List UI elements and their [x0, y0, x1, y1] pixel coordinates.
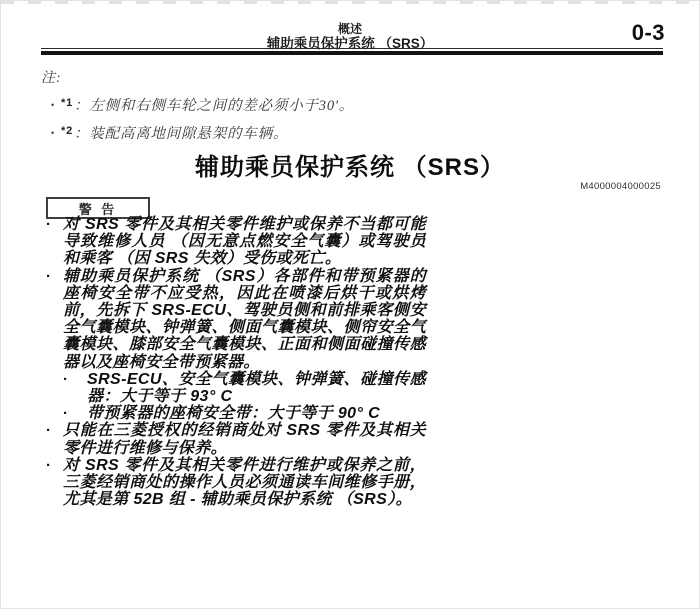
page-number: 0-3 — [632, 20, 665, 46]
note-ref: *2 — [61, 125, 73, 137]
manual-page: 概述 辅助乘员保护系统 （SRS） 0-3 注: • *1 ：左侧和右侧车轮之间… — [0, 0, 700, 609]
warning-text: 对 SRS 零件及其相关零件维护或保养不当都可能导致维修人员 （因无意点燃安全气… — [63, 216, 426, 268]
warning-text: 带预紧器的座椅安全带：大于等于 90° C — [87, 405, 426, 422]
warning-text: SRS-ECU、安全气囊模块、钟弹簧、碰撞传感器：大于等于 93° C — [87, 371, 426, 405]
bullet-icon: · — [46, 422, 63, 456]
note-text: ：左侧和右侧车轮之间的差必须小于30'。 — [74, 94, 354, 115]
bullet-icon: · — [63, 371, 87, 405]
warning-sub-bullet: · 带预紧器的座椅安全带：大于等于 90° C — [46, 405, 426, 422]
warning-bullet: · 辅助乘员保护系统 （SRS）各部件和带预紧器的座椅安全带不应受热，因此在喷漆… — [46, 268, 426, 371]
note-ref: *1 — [61, 97, 73, 109]
warning-bullet-list: · 对 SRS 零件及其相关零件维护或保养不当都可能导致维修人员 （因无意点燃安… — [46, 216, 426, 508]
scan-artifact-strip — [1, 1, 699, 4]
note-label: 注: — [41, 67, 659, 87]
warning-text: 对 SRS 零件及其相关零件进行维护或保养之前，三菱经销商处的操作人员必须通读车… — [63, 457, 426, 509]
bullet-icon: · — [46, 216, 63, 268]
warning-sub-bullet: · SRS-ECU、安全气囊模块、钟弹簧、碰撞传感器：大于等于 93° C — [46, 371, 426, 405]
header-rule-thin — [41, 48, 663, 49]
bullet-icon: · — [46, 457, 63, 509]
note-section: 注: • *1 ：左侧和右侧车轮之间的差必须小于30'。 • *2 ：装配高离地… — [41, 67, 659, 143]
header-section-title: 概述 — [1, 23, 699, 36]
note-item: • *2 ：装配高离地间隙悬架的车辆。 — [41, 122, 659, 143]
warning-text: 辅助乘员保护系统 （SRS）各部件和带预紧器的座椅安全带不应受热，因此在喷漆后烘… — [63, 268, 426, 371]
warning-bullet: · 只能在三菱授权的经销商处对 SRS 零件及其相关零件进行维修与保养。 — [46, 422, 426, 456]
warning-label: 警 告 — [79, 199, 118, 218]
warning-bullet: · 对 SRS 零件及其相关零件维护或保养不当都可能导致维修人员 （因无意点燃安… — [46, 216, 426, 268]
page-header: 概述 辅助乘员保护系统 （SRS） — [1, 23, 699, 51]
bullet-icon: • — [51, 128, 61, 138]
warning-text: 只能在三菱授权的经销商处对 SRS 零件及其相关零件进行维修与保养。 — [63, 422, 426, 456]
warning-bullet: · 对 SRS 零件及其相关零件进行维护或保养之前，三菱经销商处的操作人员必须通… — [46, 457, 426, 509]
document-title: 辅助乘员保护系统 （SRS） — [1, 147, 699, 182]
document-code: M4000004000025 — [580, 181, 661, 192]
bullet-icon: • — [51, 100, 61, 110]
note-text: ：装配高离地间隙悬架的车辆。 — [74, 122, 288, 143]
bullet-icon: · — [46, 268, 63, 371]
header-rule-thick — [41, 51, 663, 55]
bullet-icon: · — [63, 405, 87, 422]
note-item: • *1 ：左侧和右侧车轮之间的差必须小于30'。 — [41, 94, 659, 115]
